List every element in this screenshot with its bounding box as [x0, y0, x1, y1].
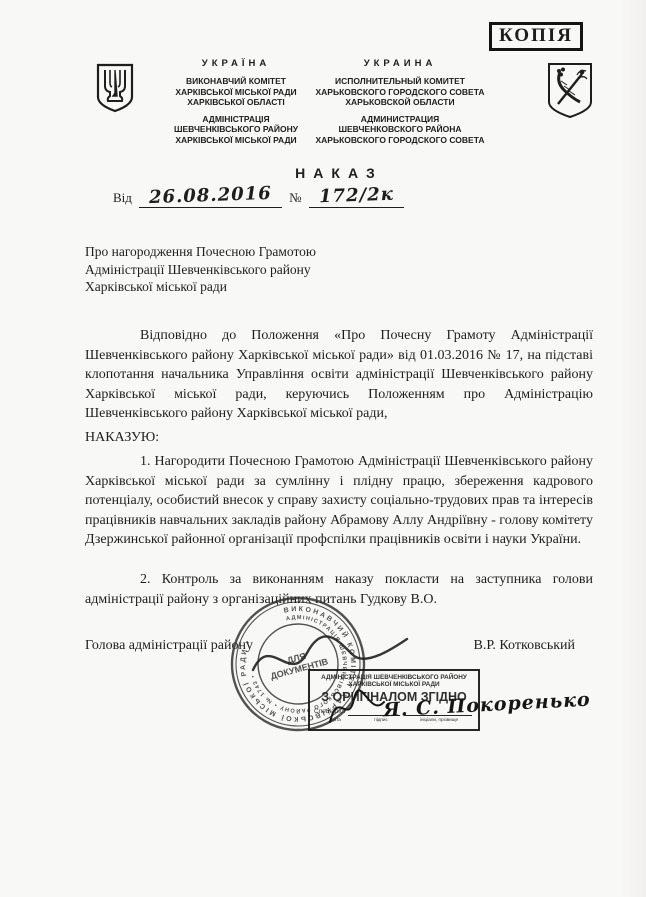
preamble-paragraph: Відповідно до Положення «Про Почесну Гра…: [85, 326, 593, 424]
date-field: 26.08.2016: [139, 186, 282, 208]
handwritten-date: 26.08.2016: [149, 183, 272, 208]
document-page: КОПІЯ УКРАЇНА ВИКОНАВЧИЙ КОМІТЕТ ХАРКІВС…: [0, 0, 646, 897]
number-label: №: [289, 190, 301, 205]
country-name-ru: УКРАИНА: [300, 58, 500, 69]
number-field: 172/2к: [309, 186, 404, 208]
letterhead-russian: УКРАИНА ИСПОЛНИТЕЛЬНЫЙ КОМИТЕТ ХАРЬКОВСК…: [300, 58, 500, 145]
subject-line: Адміністрації Шевченківського району: [85, 261, 316, 279]
org-line: ХАРЬКОВСКОГО ГОРОДСКОГО СОВЕТА: [300, 87, 500, 98]
date-number-line: Від 26.08.2016 № 172/2к: [113, 186, 408, 208]
ukraine-trident-emblem-icon: [94, 63, 136, 113]
org-line: ИСПОЛНИТЕЛЬНЫЙ КОМИТЕТ: [300, 76, 500, 87]
subject-line: Про нагородження Почесною Грамотою: [85, 243, 316, 261]
date-label: Від: [113, 190, 132, 205]
admin-line: ШЕВЧЕНКОВСКОГО РАЙОНА: [300, 124, 500, 135]
admin-line: АДМИНИСТРАЦИЯ: [300, 114, 500, 125]
admin-line: ХАРЬКОВСКОГО ГОРОДСКОГО СОВЕТА: [300, 135, 500, 146]
handwritten-number: 172/2к: [318, 184, 394, 208]
order-subject: Про нагородження Почесною Грамотою Адмін…: [85, 243, 316, 296]
order-title: НАКАЗ: [85, 165, 593, 181]
subject-line: Харківської міської ради: [85, 278, 316, 296]
order-word: НАКАЗУЮ:: [85, 430, 159, 446]
kharkiv-coat-of-arms-icon: [546, 62, 594, 119]
specialist-signature-squiggle: [320, 684, 390, 729]
copy-stamp: КОПІЯ: [489, 22, 583, 51]
order-item-1: 1. Нагородити Почесною Грамотою Адмініст…: [85, 452, 593, 550]
signatory-name: В.Р. Котковський: [474, 638, 575, 654]
org-line: ХАРЬКОВСКОЙ ОБЛАСТИ: [300, 97, 500, 108]
